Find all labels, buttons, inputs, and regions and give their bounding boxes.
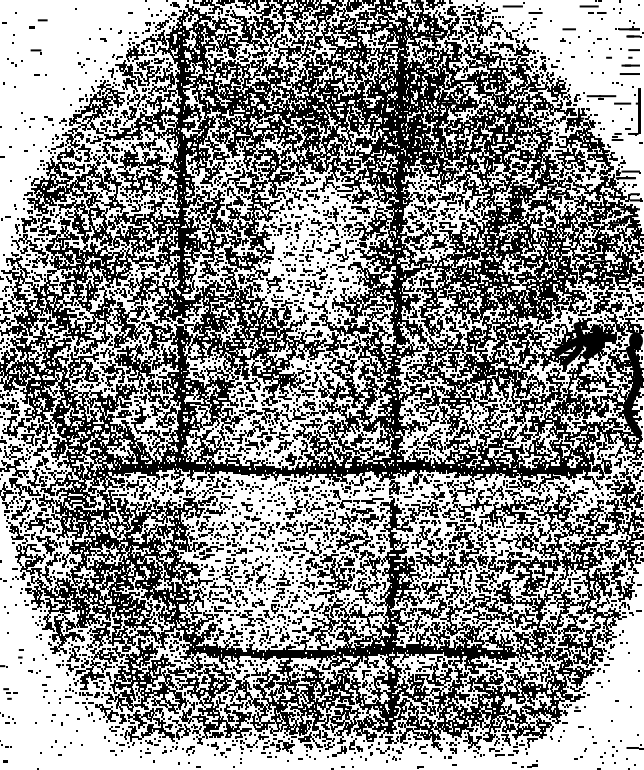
halftone-portrait bbox=[0, 0, 644, 770]
halftone-portrait-canvas bbox=[0, 0, 644, 770]
scanned-photo-page bbox=[0, 0, 644, 770]
